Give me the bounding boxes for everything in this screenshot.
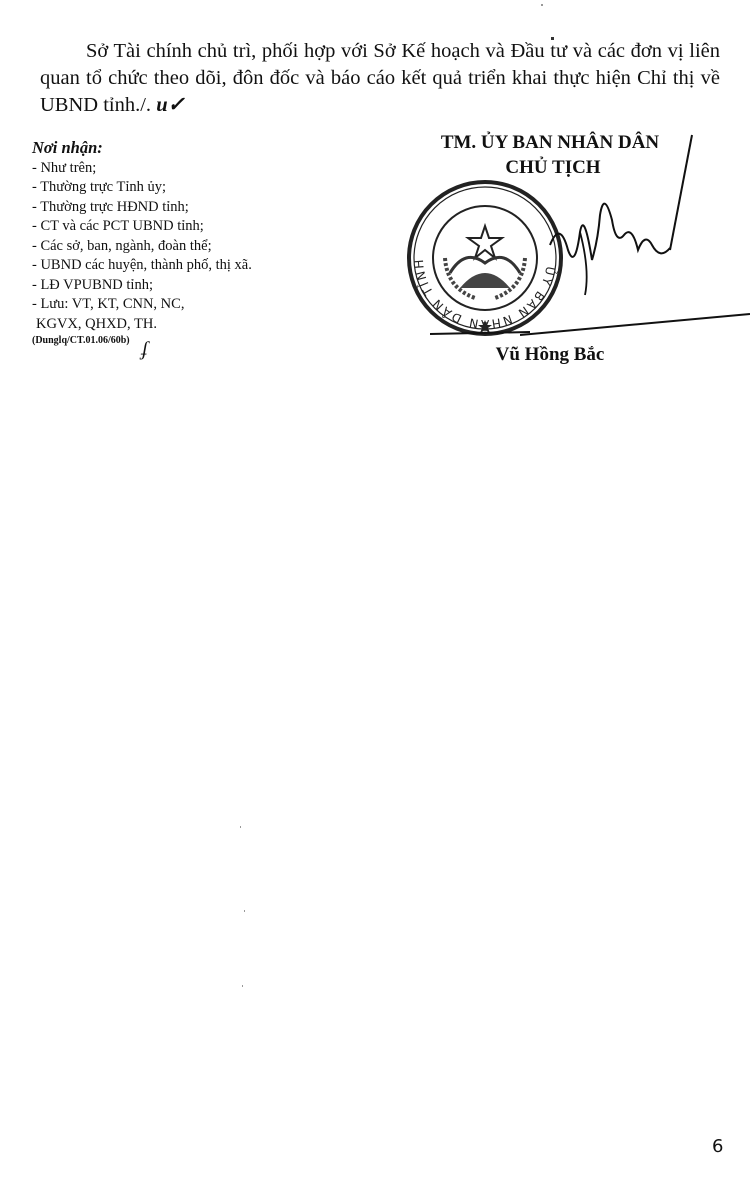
recipients-heading: Nơi nhận: xyxy=(32,138,252,158)
body-paragraph: Sở Tài chính chủ trì, phối hợp với Sở Kế… xyxy=(40,38,720,119)
page-number: 6 xyxy=(712,1136,723,1157)
scan-speck xyxy=(240,826,241,828)
body-text: Sở Tài chính chủ trì, phối hợp với Sở Kế… xyxy=(40,40,720,116)
handwritten-initials: u✓ xyxy=(156,94,185,116)
recipient-item: - UBND các huyện, thành phố, thị xã. xyxy=(32,256,252,276)
recipients-block: Nơi nhận: - Như trên; - Thường trực Tỉnh… xyxy=(32,138,252,348)
scan-speck xyxy=(242,985,243,987)
recipient-item: KGVX, QHXD, TH. xyxy=(32,315,252,335)
recipient-item: - Các sở, ban, ngành, đoàn thể; xyxy=(32,237,252,257)
recipient-item: - Lưu: VT, KT, CNN, NC, xyxy=(32,295,252,315)
scan-speck xyxy=(244,910,245,912)
scan-speck xyxy=(541,4,543,6)
handwritten-signature-icon xyxy=(520,120,750,340)
signer-name: Vũ Hồng Bắc xyxy=(440,344,660,366)
recipient-item: - CT và các PCT UBND tỉnh; xyxy=(32,217,252,237)
recipient-item: - Thường trực Tỉnh ủy; xyxy=(32,178,252,198)
signature-underline-icon xyxy=(430,330,530,340)
recipient-item: - LĐ VPUBND tỉnh; xyxy=(32,276,252,296)
recipient-item: - Thường trực HĐND tỉnh; xyxy=(32,198,252,218)
recipient-item: - Như trên; xyxy=(32,159,252,179)
reviewer-initials: ʄ xyxy=(142,340,148,360)
